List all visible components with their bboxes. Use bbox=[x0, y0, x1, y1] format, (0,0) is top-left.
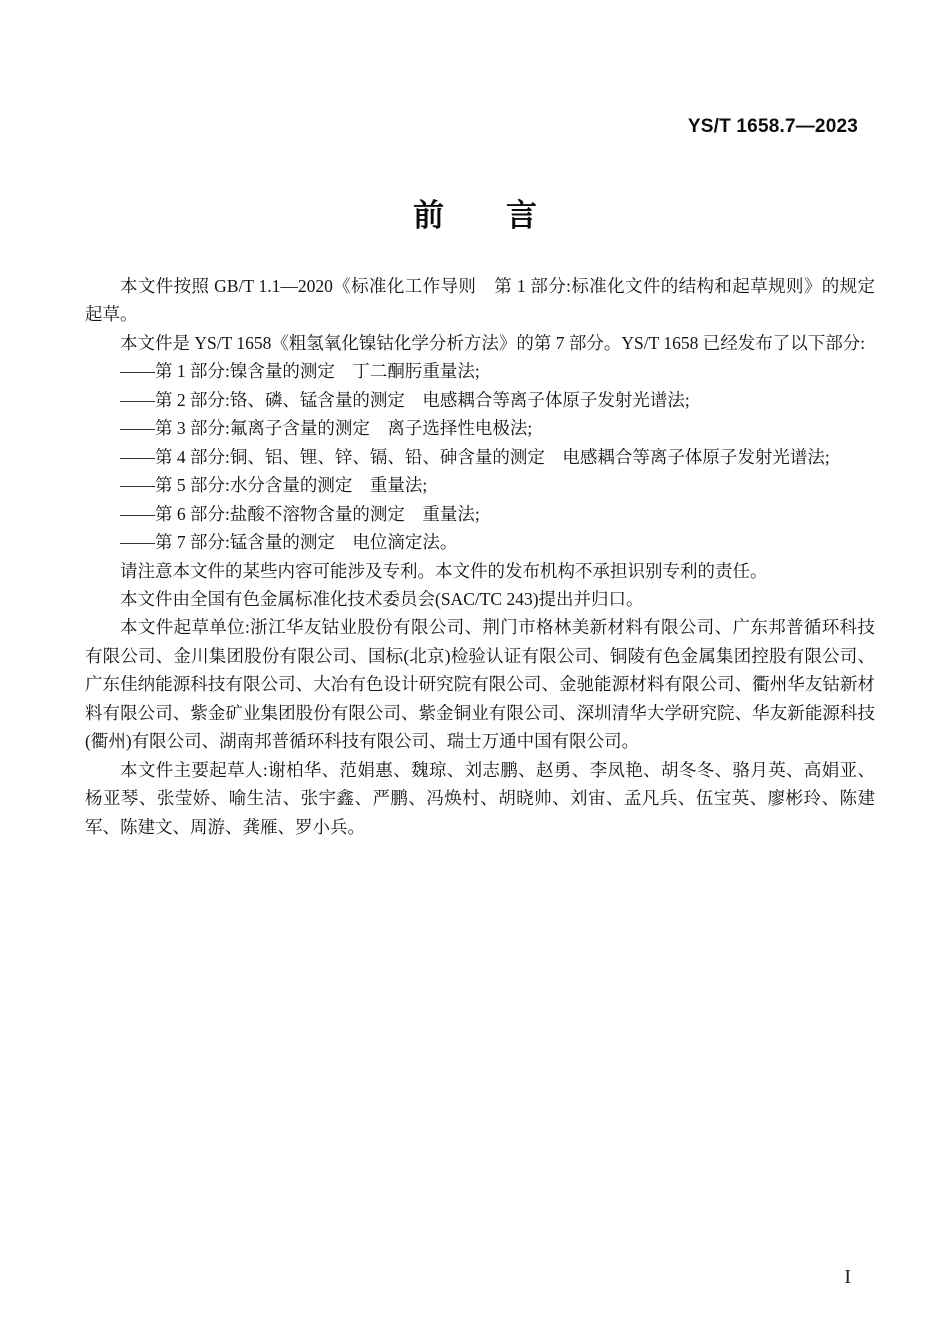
paragraph-drafters: 本文件主要起草人:谢柏华、范娟惠、魏琼、刘志鹏、赵勇、李凤艳、胡冬冬、骆月英、高… bbox=[85, 756, 875, 841]
list-item-part2: ——第 2 部分:铬、磷、锰含量的测定 电感耦合等离子体原子发射光谱法; bbox=[85, 386, 875, 414]
list-item-part5: ——第 5 部分:水分含量的测定 重量法; bbox=[85, 471, 875, 499]
paragraph-drafting-units: 本文件起草单位:浙江华友钴业股份有限公司、荆门市格林美新材料有限公司、广东邦普循… bbox=[85, 613, 875, 755]
list-item-part1: ——第 1 部分:镍含量的测定 丁二酮肟重量法; bbox=[85, 357, 875, 385]
paragraph-drafting-basis: 本文件按照 GB/T 1.1—2020《标准化工作导则 第 1 部分:标准化文件… bbox=[85, 272, 875, 329]
paragraph-series-intro: 本文件是 YS/T 1658《粗氢氧化镍钴化学分析方法》的第 7 部分。YS/T… bbox=[85, 329, 875, 357]
list-item-part3: ——第 3 部分:氟离子含量的测定 离子选择性电极法; bbox=[85, 414, 875, 442]
list-item-part7: ——第 7 部分:锰含量的测定 电位滴定法。 bbox=[85, 528, 875, 556]
page-title: 前 言 bbox=[0, 190, 950, 235]
list-item-part6: ——第 6 部分:盐酸不溶物含量的测定 重量法; bbox=[85, 500, 875, 528]
paragraph-committee: 本文件由全国有色金属标准化技术委员会(SAC/TC 243)提出并归口。 bbox=[85, 585, 875, 613]
list-item-part4: ——第 4 部分:铜、铝、锂、锌、镉、铅、砷含量的测定 电感耦合等离子体原子发射… bbox=[85, 443, 875, 471]
paragraph-patent-notice: 请注意本文件的某些内容可能涉及专利。本文件的发布机构不承担识别专利的责任。 bbox=[85, 557, 875, 585]
foreword-body: 本文件按照 GB/T 1.1—2020《标准化工作导则 第 1 部分:标准化文件… bbox=[85, 272, 875, 841]
page-number: I bbox=[844, 1266, 851, 1289]
document-page: YS/T 1658.7—2023 前 言 本文件按照 GB/T 1.1—2020… bbox=[0, 0, 950, 1344]
standard-code: YS/T 1658.7—2023 bbox=[688, 116, 858, 138]
